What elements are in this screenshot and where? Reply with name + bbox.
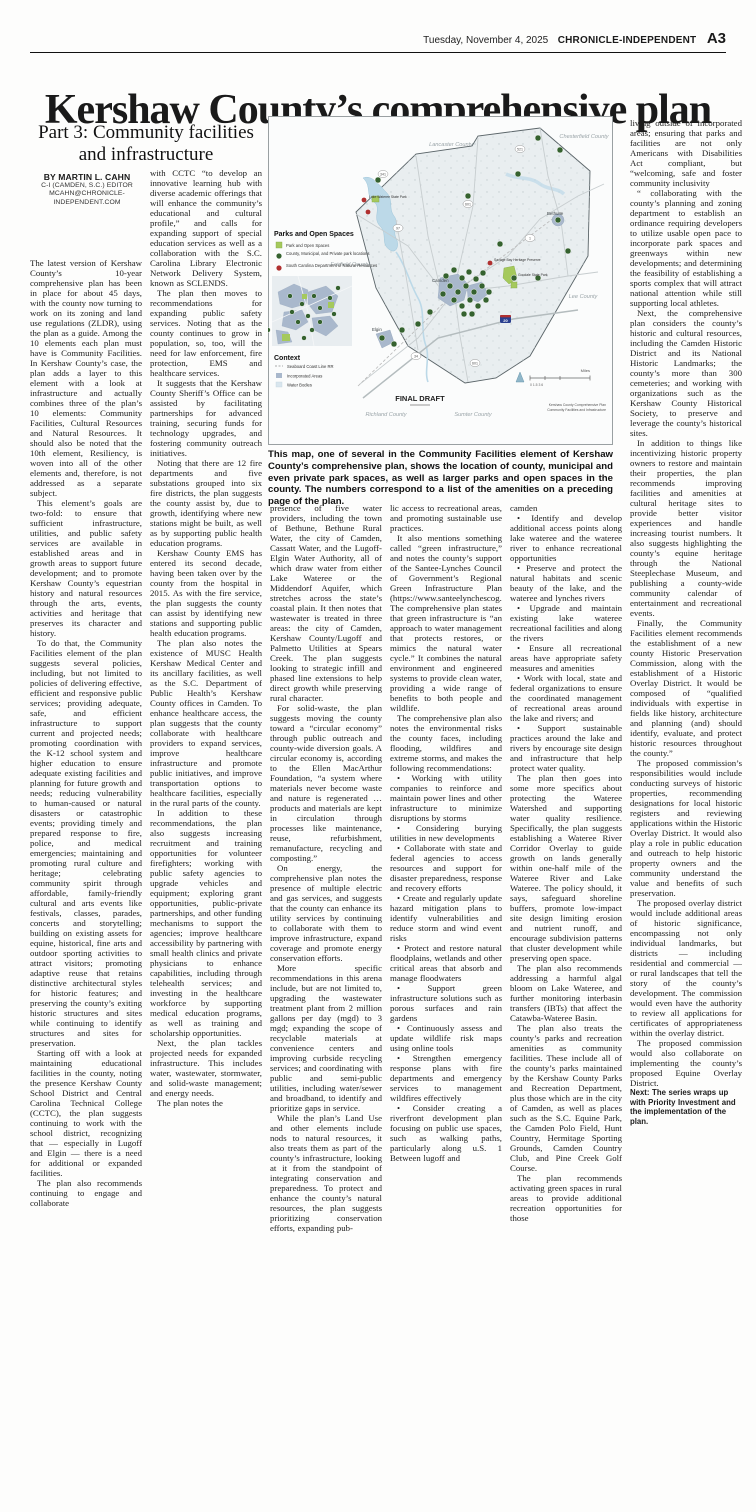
body-paragraph: Finally, the Community Facilities elemen… [630,618,742,758]
body-paragraph: The plan also recommends continuing to e… [30,1178,142,1208]
body-paragraph: The latest version of Kershaw County’s 1… [30,258,142,498]
label-goodale-state-park: Goodale State Park [518,273,548,277]
body-column-5: camden• Identify and develop additional … [510,503,622,1492]
series-endnote: Next: The series wraps up with Priority … [630,1088,742,1126]
final-draft-subtext [410,404,430,406]
context-item-rr: Seaboard Coast Line RR [287,364,334,369]
body-paragraph: The plan also treats the county’s parks … [510,1023,622,1173]
body-column-3: presence of five water providers, includ… [270,503,382,1492]
scale-miles-label: Miles [581,368,590,373]
body-paragraph: The plan then goes into some more specif… [510,773,622,963]
body-paragraph: More specific recommendations in this ar… [270,963,382,1113]
article-subhead: Part 3: Community facilities and infrast… [28,122,264,166]
byline-author: BY MARTIN L. CAHN [34,172,140,182]
label-chesterfield-county: Chesterfield County [559,134,609,140]
route-shield-521: 521 [517,147,523,151]
label-camden: Camden [432,278,449,283]
body-paragraph: lic access to recreational areas, and pr… [390,503,502,533]
body-paragraph: This element’s goals are two-fold: to en… [30,498,142,638]
body-paragraph: Noting that there are 12 fire department… [150,458,262,548]
byline-email: MCAHN@CHRONICLE-INDEPENDENT.COM [34,190,140,207]
park-patch-2 [511,282,517,288]
body-paragraph: living outside of incorporated areas; en… [630,118,742,188]
body-paragraph: The plan also notes the existence of MUS… [150,638,262,808]
body-paragraph: It also mentions something called “green… [390,533,502,713]
legend-park-swatch [276,242,282,248]
body-paragraph: The plan recommends activating green spa… [510,1173,622,1223]
body-paragraph: The comprehensive plan also notes the en… [390,713,502,773]
body-paragraph: • Preserve and protect the natural habit… [510,563,622,603]
label-elgin: Elgin [372,327,382,332]
body-column-2: with CCTC “to develop an innovative lear… [150,168,262,1490]
body-column-1: The latest version of Kershaw County’s 1… [30,258,142,1490]
context-item-water: Water Bodies [287,383,312,388]
body-paragraph: with CCTC “to develop an innovative lear… [150,168,262,288]
body-paragraph: While the plan’s Land Use and other elem… [270,1113,382,1233]
body-paragraph: The plan also recommends addressing a ha… [510,963,622,1023]
interstate-20-shield: 20 [500,315,511,323]
newspaper-page: Tuesday, November 4, 2025 CHRONICLE-INDE… [0,0,756,1512]
body-paragraph: Next, the comprehensive plan considers t… [630,308,742,438]
camden-inset-map [268,276,352,346]
body-paragraph: On energy, the comprehensive plan notes … [270,863,382,963]
route-shield-601: 601 [465,202,471,206]
interstate-20-number: 20 [503,318,508,323]
attribution-line-1: Kershaw County Comprehensive Plan [549,403,606,407]
final-draft-label: FINAL DRAFT [395,394,445,403]
masthead: Tuesday, November 4, 2025 CHRONICLE-INDE… [30,30,726,53]
body-paragraph: The proposed overlay district would incl… [630,898,742,1038]
byline: BY MARTIN L. CAHN C-I (CAMDEN, S.C.) EDI… [34,172,140,207]
context-incorporated-swatch [276,373,282,378]
body-paragraph: • Consider creating a riverfront develop… [390,1103,502,1163]
body-paragraph: Next, the plan tackles projected needs f… [150,1038,262,1098]
legend-item-parks: Park and Open Spaces [286,243,329,248]
body-paragraph: • Create and regularly update hazard mit… [390,893,502,943]
body-paragraph: • Support sustainable practices around t… [510,723,622,773]
body-paragraph: Kershaw County EMS has entered its secon… [150,548,262,638]
context-title: Context [274,355,301,362]
masthead-page-number: A3 [707,30,726,47]
body-paragraph: presence of five water providers, includ… [270,503,382,703]
body-paragraph: • Work with local, state and federal org… [510,673,622,723]
body-paragraph: “ collaborating with the county’s planni… [630,188,742,308]
body-paragraph: • Considering burying utilities in new d… [390,823,502,843]
body-paragraph: camden [510,503,622,513]
label-sumter-county: Sumter County [454,412,493,418]
body-paragraph: • Ensure all recreational areas have app… [510,643,622,673]
label-savage-bay: Savage Bay Heritage Preserve [494,258,541,262]
legend-title: Parks and Open Spaces [274,231,354,238]
label-lee-county: Lee County [569,294,599,300]
legend-dnr-marker [276,265,281,270]
label-lancaster-county: Lancaster County [429,142,474,148]
route-shield-341: 341 [380,172,386,176]
map-figure: Lake Wateree State Park Savage Bay Herit… [268,116,613,445]
body-paragraph: The plan notes the [150,1098,262,1108]
route-shield-601b: 601 [472,361,478,365]
body-column-6: living outside of incorporated areas; en… [630,118,742,1492]
label-bethune: Bethune [547,211,564,216]
body-paragraph: • Upgrade and maintain existing lake wat… [510,603,622,643]
route-shield-1: 1 [529,236,531,240]
body-paragraph: • Protect and restore natural floodplain… [390,943,502,983]
body-paragraph: The proposed commission’s responsibiliti… [630,758,742,898]
body-paragraph: • Support green infrastructure solutions… [390,983,502,1023]
byline-role: C-I (CAMDEN, S.C.) EDITOR [34,182,140,190]
body-paragraph: Starting off with a look at maintaining … [30,1048,142,1178]
body-paragraph: • Strengthen emergency response plans wi… [390,1053,502,1103]
body-column-4: lic access to recreational areas, and pr… [390,503,502,1492]
context-water-swatch [276,382,282,387]
route-shield-97: 97 [396,226,400,230]
legend-county-marker [276,253,281,258]
map-caption: This map, one of several in the Communit… [268,449,613,508]
body-paragraph: • Identify and develop additional access… [510,513,622,563]
context-item-incorporated: Incorporated Areas [287,374,322,379]
body-paragraph: • Continuously assess and update wildlif… [390,1023,502,1053]
body-paragraph: The proposed commission would also colla… [630,1038,742,1088]
body-paragraph: To do that, the Community Facilities ele… [30,638,142,1048]
label-lake-wateree-state-park: Lake Wateree State Park [369,195,407,199]
body-paragraph: In addition to things like incentivizing… [630,438,742,618]
masthead-date: Tuesday, November 4, 2025 [423,35,548,46]
scale-tick-values: 0 1.5 3 6 [530,383,543,387]
body-paragraph: For solid-waste, the plan suggests movin… [270,703,382,863]
masthead-paper-name: CHRONICLE-INDEPENDENT [558,35,697,46]
legend-item-dnr: South Carolina Department of Natural Res… [286,263,377,268]
body-paragraph: The plan then moves to recommendations f… [150,288,262,378]
body-paragraph: • Collaborate with state and federal age… [390,843,502,893]
parks-map: Lake Wateree State Park Savage Bay Herit… [268,116,613,445]
route-shield-34: 34 [414,354,418,358]
attribution-line-2: Community Facilities and Infrastructure [547,408,606,412]
body-paragraph: • Working with utility companies to rein… [390,773,502,823]
body-paragraph: In addition to these recommendations, th… [150,808,262,1038]
legend-item-locations: County, Municipal, and Private park loca… [286,251,369,256]
label-richland-county: Richland County [365,412,407,418]
body-paragraph: It suggests that the Kershaw County Sher… [150,378,262,458]
